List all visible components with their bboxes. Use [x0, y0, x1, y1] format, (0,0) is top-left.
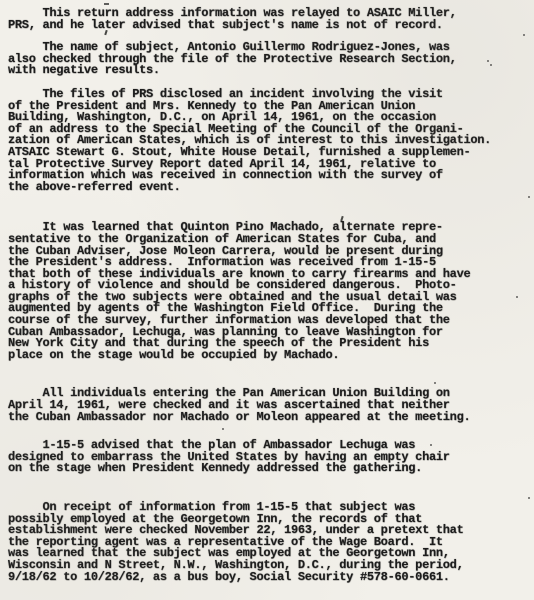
- scan-speck: [430, 444, 432, 446]
- scan-speck: [487, 60, 489, 62]
- scan-speck: [528, 196, 530, 198]
- paragraph-prs-incident: The files of PRS disclosed an incident i…: [8, 89, 532, 193]
- scan-speck: [523, 34, 525, 36]
- scan-speck: [434, 382, 436, 384]
- paragraph-name-check: The name of subject, Antonio Guillermo R…: [8, 42, 532, 77]
- scan-stray-dash: [104, 3, 109, 5]
- paragraph-machado-carrera: It was learned that Quinton Pino Machado…: [8, 222, 532, 361]
- paragraph-building-check: All individuals entering the Pan America…: [8, 388, 532, 423]
- paragraph-lechuga-plan: 1-15-5 advised that the plan of Ambassad…: [8, 440, 532, 475]
- scan-speck: [528, 497, 530, 499]
- paragraph-return-address: This return address information was rela…: [8, 8, 532, 31]
- paragraph-georgetown-inn: On receipt of information from 1-15-5 th…: [8, 502, 532, 583]
- scan-speck: [490, 64, 492, 66]
- scanned-document-page: This return address information was rela…: [0, 0, 534, 600]
- scan-speck: [222, 428, 224, 430]
- scan-speck: [516, 296, 518, 298]
- document-body: This return address information was rela…: [8, 8, 532, 583]
